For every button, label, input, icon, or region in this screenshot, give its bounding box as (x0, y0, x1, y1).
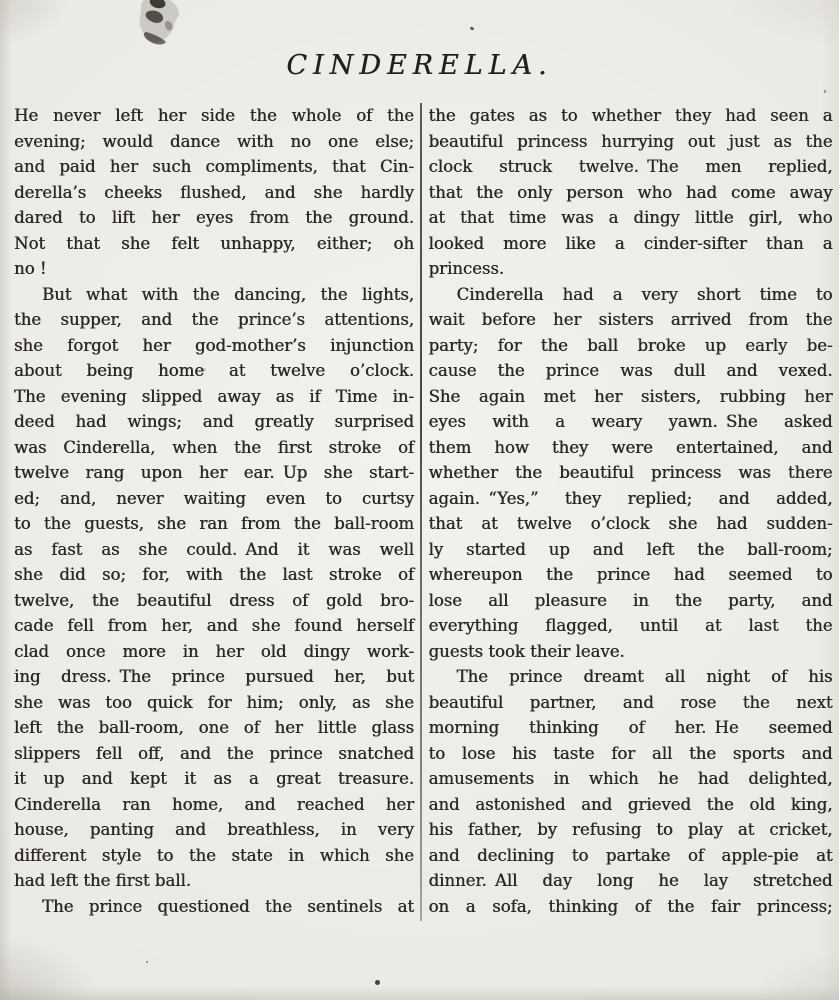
ink-speck (824, 90, 826, 93)
text-line: The prince dreamt all night of his (429, 664, 833, 690)
text-line: party; for the ball broke up early be- (429, 333, 833, 359)
ink-speck (146, 961, 148, 963)
text-line: ly started up and left the ball-room; (429, 537, 833, 563)
text-line: beautiful princess hurrying out just as … (429, 129, 833, 155)
text-line: Cinderella ran home, and reached her (14, 792, 414, 818)
text-line: eyes with a weary yawn. She asked (429, 409, 833, 435)
text-line: the gates as to whether they had seen a (429, 103, 833, 129)
text-line: the supper, and the prince’s attentions, (14, 307, 414, 333)
text-line: whether the beautiful princess was there (429, 460, 833, 486)
text-line: morning thinking of her. He seemed (429, 715, 833, 741)
text-line: Cinderella had a very short time to (429, 282, 833, 308)
text-line: had left the first ball. (14, 868, 414, 894)
text-line: and declining to partake of apple-pie at (429, 843, 833, 869)
text-line: again. “Yes,” they replied; and added, (429, 486, 833, 512)
text-line: princess. (429, 256, 833, 282)
text-line: The prince questioned the sentinels at (14, 894, 414, 920)
text-line: She again met her sisters, rubbing her (429, 384, 833, 410)
text-line: Not that she felt unhappy, either; oh (14, 231, 414, 257)
text-line: everything flagged, until at last the (429, 613, 833, 639)
text-line: that the only person who had come away (429, 180, 833, 206)
text-line: and paid her such compliments, that Cin- (14, 154, 414, 180)
text-line: wait before her sisters arrived from the (429, 307, 833, 333)
text-line: on a sofa, thinking of the fair princess… (429, 894, 833, 920)
text-line: was Cinderella, when the first stroke of (14, 435, 414, 461)
text-line: lose all pleasure in the party, and (429, 588, 833, 614)
text-line: to the guests, she ran from the ball-roo… (14, 511, 414, 537)
text-line: cade fell from her, and she found hersel… (14, 613, 414, 639)
text-line: But what with the dancing, the lights, (14, 282, 414, 308)
ink-speck (375, 980, 380, 985)
ink-speck (203, 368, 206, 371)
text-line: cause the prince was dull and vexed. (429, 358, 833, 384)
text-line: different style to the state in which sh… (14, 843, 414, 869)
text-line: clad once more in her old dingy work- (14, 639, 414, 665)
text-line: amusements in which he had delighted, (429, 766, 833, 792)
text-line: she was too quick for him; only, as she (14, 690, 414, 716)
text-line: looked more like a cinder-sifter than a (429, 231, 833, 257)
text-line: house, panting and breathless, in very (14, 817, 414, 843)
text-line: ed; and, never waiting even to curtsy (14, 486, 414, 512)
text-line: He never left her side the whole of the (14, 103, 414, 129)
ink-blot (128, 0, 192, 49)
text-line: them how they were entertained, and (429, 435, 833, 461)
text-line: dinner. All day long he lay stretched (429, 868, 833, 894)
text-line: that at twelve o’clock she had sudden- (429, 511, 833, 537)
text-line: beautiful partner, and rose the next (429, 690, 833, 716)
text-line: evening; would dance with no one else; (14, 129, 414, 155)
text-line: twelve rang upon her ear. Up she start- (14, 460, 414, 486)
text-line: she did so; for, with the last stroke of (14, 562, 414, 588)
page-title: CINDERELLA. (0, 50, 839, 81)
text-line: twelve, the beautiful dress of gold bro- (14, 588, 414, 614)
text-line: to lose his taste for all the sports and (429, 741, 833, 767)
text-line: she forgot her god-mother’s injunction (14, 333, 414, 359)
text-line: about being home at twelve o’clock. (14, 358, 414, 384)
text-line: ing dress. The prince pursued her, but (14, 664, 414, 690)
text-line: clock struck twelve. The men replied, (429, 154, 833, 180)
text-line: no ! (14, 256, 414, 282)
text-column-right: the gates as to whether they had seen ab… (429, 103, 833, 919)
text-line: whereupon the prince had seemed to (429, 562, 833, 588)
text-line: as fast as she could. And it was well (14, 537, 414, 563)
text-line: dared to lift her eyes from the ground. (14, 205, 414, 231)
text-line: guests took their leave. (429, 639, 833, 665)
text-column-left: He never left her side the whole of thee… (14, 103, 414, 919)
text-line: derella’s cheeks flushed, and she hardly (14, 180, 414, 206)
text-line: slippers fell off, and the prince snatch… (14, 741, 414, 767)
text-line: at that time was a dingy little girl, wh… (429, 205, 833, 231)
text-line: The evening slipped away as if Time in- (14, 384, 414, 410)
text-line: left the ball-room, one of her little gl… (14, 715, 414, 741)
text-line: his father, by refusing to play at crick… (429, 817, 833, 843)
text-line: and astonished and grieved the old king, (429, 792, 833, 818)
text-block: He never left her side the whole of thee… (14, 103, 825, 921)
column-divider (420, 103, 422, 921)
text-line: it up and kept it as a great treasure. (14, 766, 414, 792)
text-line: deed had wings; and greatly surprised (14, 409, 414, 435)
